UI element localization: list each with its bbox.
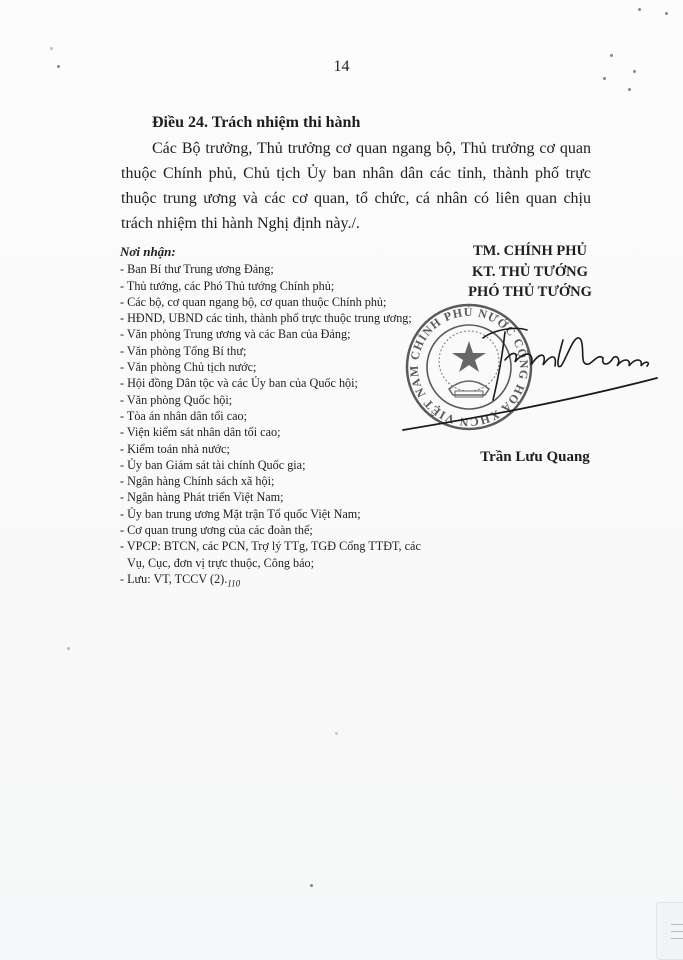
recipient-item: - Văn phòng Trung ương và các Ban của Đả… (120, 326, 430, 342)
article-title: Điều 24. Trách nhiệm thi hành (152, 114, 360, 132)
recipient-item: - Ban Bí thư Trung ương Đảng; (120, 261, 430, 277)
recipient-items: - Ban Bí thư Trung ương Đảng;- Thủ tướng… (120, 261, 430, 571)
signature-title-line3: PHÓ THỦ TƯỚNG (430, 282, 630, 303)
scan-speck (50, 47, 53, 50)
scan-speck (67, 647, 70, 650)
signature-block: TM. CHÍNH PHỦ KT. THỦ TƯỚNG PHÓ THỦ TƯỚN… (430, 241, 630, 303)
recipient-item: - Hội đồng Dân tộc và các Ủy ban của Quố… (120, 375, 430, 391)
scan-speck (665, 12, 668, 15)
recipient-item: - Văn phòng Tổng Bí thư; (120, 343, 430, 359)
recipient-item: - Văn phòng Quốc hội; (120, 392, 430, 408)
recipient-item: - Viện kiểm sát nhân dân tối cao; (120, 424, 430, 440)
scan-speck (610, 54, 613, 57)
recipients-title: Nơi nhận: (120, 244, 430, 260)
recipient-item: - Ngân hàng Chính sách xã hội; (120, 473, 430, 489)
document-list-icon[interactable] (656, 902, 683, 960)
archive-label: - Lưu: VT, TCCV (2). (120, 572, 227, 586)
recipient-item: - Ngân hàng Phát triển Việt Nam; (120, 489, 430, 505)
recipient-item: - Cơ quan trung ương của các đoàn thể; (120, 522, 430, 538)
recipient-item: - Tòa án nhân dân tối cao; (120, 408, 430, 424)
scan-speck (335, 732, 338, 735)
article-body: Các Bộ trưởng, Thủ trưởng cơ quan ngang … (121, 136, 591, 236)
document-page: 14 Điều 24. Trách nhiệm thi hành Các Bộ … (0, 0, 683, 960)
recipients-list: Nơi nhận: - Ban Bí thư Trung ương Đảng;-… (120, 244, 430, 592)
signer-name: Trần Lưu Quang (430, 449, 640, 466)
handwritten-signature (395, 310, 665, 440)
recipient-item: - HĐND, UBND các tỉnh, thành phố trực th… (120, 310, 430, 326)
scan-speck (628, 88, 631, 91)
scan-speck (638, 8, 641, 11)
page-number: 14 (0, 58, 683, 76)
recipient-item: - Các bộ, cơ quan ngang bộ, cơ quan thuộ… (120, 294, 430, 310)
recipient-item: - Kiểm toán nhà nước; (120, 441, 430, 457)
recipient-item: - VPCP: BTCN, các PCN, Trợ lý TTg, TGĐ C… (120, 538, 430, 571)
recipient-item-archive: - Lưu: VT, TCCV (2).110 (120, 571, 430, 592)
recipient-item: - Ủy ban Giám sát tài chính Quốc gia; (120, 457, 430, 473)
signature-title-line1: TM. CHÍNH PHỦ (430, 241, 630, 262)
recipient-item: - Văn phòng Chủ tịch nước; (120, 359, 430, 375)
archive-count: 110 (227, 578, 240, 588)
scan-speck (310, 884, 313, 887)
recipient-item: - Thủ tướng, các Phó Thủ tướng Chính phủ… (120, 278, 430, 294)
recipient-item: - Ủy ban trung ương Mặt trận Tổ quốc Việ… (120, 506, 430, 522)
signature-title-line2: KT. THỦ TƯỚNG (430, 262, 630, 283)
scan-speck (603, 77, 606, 80)
